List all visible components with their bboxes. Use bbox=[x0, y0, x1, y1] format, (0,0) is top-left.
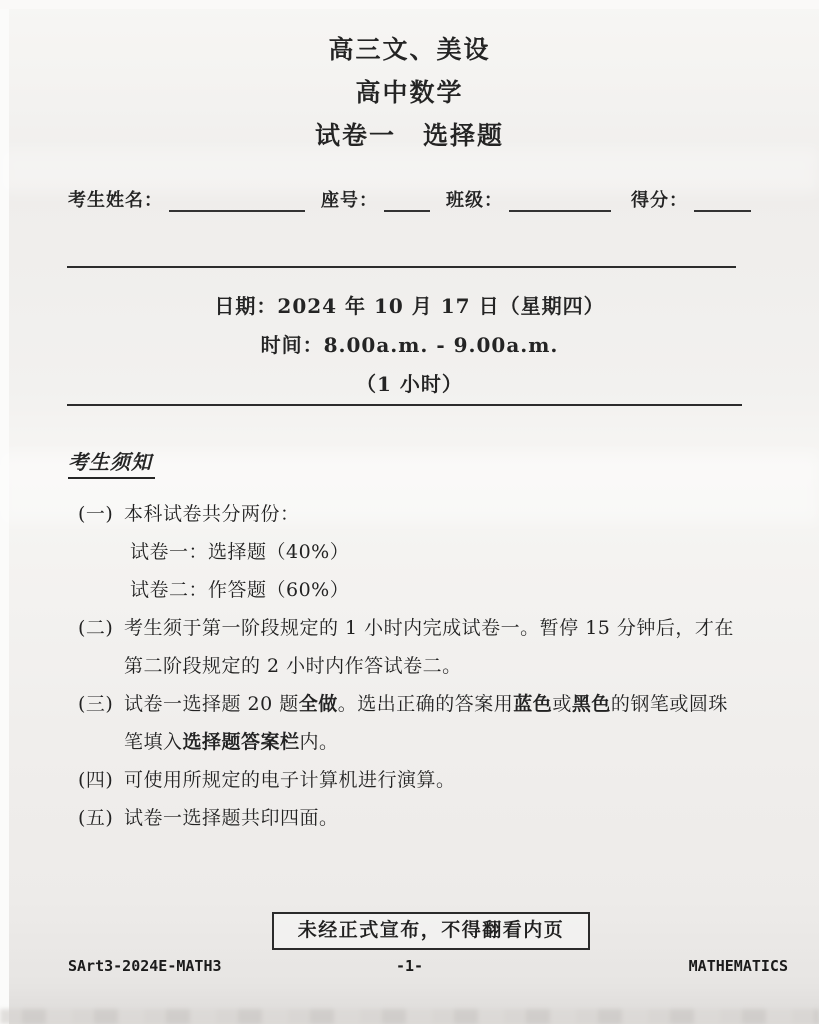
notice-line: (五)试卷一选择题共印四面。 bbox=[78, 805, 779, 843]
class-blank bbox=[509, 194, 611, 212]
score-label: 得分： bbox=[631, 186, 688, 212]
notice-item-marker: (四) bbox=[78, 767, 124, 794]
notice-item-text: 试卷一选择题共印四面。 bbox=[124, 805, 339, 832]
warning-text: 未经正式宣布，不得翻看内页 bbox=[298, 919, 565, 941]
candidate-name-blank bbox=[169, 194, 305, 212]
exam-time: 时间：8.00a.m. - 9.00a.m. bbox=[0, 326, 819, 365]
scan-noise-strip bbox=[0, 1009, 819, 1024]
divider-rule-bottom bbox=[67, 404, 742, 406]
exam-stream-title: 高三文、美设 bbox=[0, 28, 819, 71]
notice-line: 笔填入选择题答案栏内。 bbox=[78, 729, 779, 767]
scan-edge-top bbox=[0, 0, 819, 9]
notice-item-marker: (二) bbox=[78, 615, 124, 642]
exam-date: 日期：2024 年 10 月 17 日（星期四） bbox=[0, 287, 819, 326]
exam-duration: （1 小时） bbox=[0, 365, 819, 404]
exam-cover-page: 高三文、美设 高中数学 试卷一 选择题 考生姓名： 座号： 班级： 得分： 日期… bbox=[0, 0, 819, 1024]
paper-section-title: 试卷一 选择题 bbox=[0, 114, 819, 157]
notice-line: (一)本科试卷共分两份： bbox=[78, 501, 779, 539]
seat-number-label: 座号： bbox=[321, 186, 378, 212]
notice-item-text: 第二阶段规定的 2 小时内作答试卷二。 bbox=[124, 653, 462, 680]
score-blank bbox=[694, 194, 751, 212]
notice-subline: 试卷二：作答题（60%） bbox=[78, 577, 779, 615]
seat-number-blank bbox=[384, 194, 430, 212]
notice-subline: 试卷一：选择题（40%） bbox=[78, 539, 779, 577]
page-number: -1- bbox=[396, 957, 423, 975]
notice-line: (三)试卷一选择题 20 题全做。选出正确的答案用蓝色或黑色的钢笔或圆珠 bbox=[78, 691, 779, 729]
notice-item-text: 笔填入选择题答案栏内。 bbox=[124, 729, 339, 756]
subject-footer-label: MATHEMATICS bbox=[689, 957, 788, 975]
title-block: 高三文、美设 高中数学 试卷一 选择题 bbox=[0, 28, 819, 157]
session-block: 日期：2024 年 10 月 17 日（星期四） 时间：8.00a.m. - 9… bbox=[0, 287, 819, 404]
notice-item-text: 试卷一选择题 20 题全做。选出正确的答案用蓝色或黑色的钢笔或圆珠 bbox=[124, 691, 728, 718]
notice-heading: 考生须知 bbox=[68, 446, 155, 479]
notice-item-text: 可使用所规定的电子计算机进行演算。 bbox=[124, 767, 456, 794]
candidate-name-label: 考生姓名： bbox=[68, 186, 163, 212]
paper-code: SArt3-2024E-MATH3 bbox=[68, 957, 222, 975]
class-label: 班级： bbox=[446, 186, 503, 212]
notice-item-marker: (三) bbox=[78, 691, 124, 718]
notice-item-marker: (五) bbox=[78, 805, 124, 832]
warning-box: 未经正式宣布，不得翻看内页 bbox=[272, 912, 590, 950]
notice-item-marker: (一) bbox=[78, 501, 124, 528]
notice-line: 第二阶段规定的 2 小时内作答试卷二。 bbox=[78, 653, 779, 691]
page-footer: SArt3-2024E-MATH3 -1- MATHEMATICS bbox=[0, 957, 819, 979]
candidate-info-row: 考生姓名： 座号： 班级： 得分： bbox=[68, 186, 751, 212]
notice-item-text: 本科试卷共分两份： bbox=[124, 501, 300, 528]
notice-item-text: 考生须于第一阶段规定的 1 小时内完成试卷一。暂停 15 分钟后，才在 bbox=[124, 615, 734, 642]
notice-line: (四)可使用所规定的电子计算机进行演算。 bbox=[78, 767, 779, 805]
notice-line: (二)考生须于第一阶段规定的 1 小时内完成试卷一。暂停 15 分钟后，才在 bbox=[78, 615, 779, 653]
subject-title: 高中数学 bbox=[0, 71, 819, 114]
divider-rule-top bbox=[67, 266, 736, 268]
notice-list: (一)本科试卷共分两份：试卷一：选择题（40%）试卷二：作答题（60%）(二)考… bbox=[78, 501, 779, 843]
